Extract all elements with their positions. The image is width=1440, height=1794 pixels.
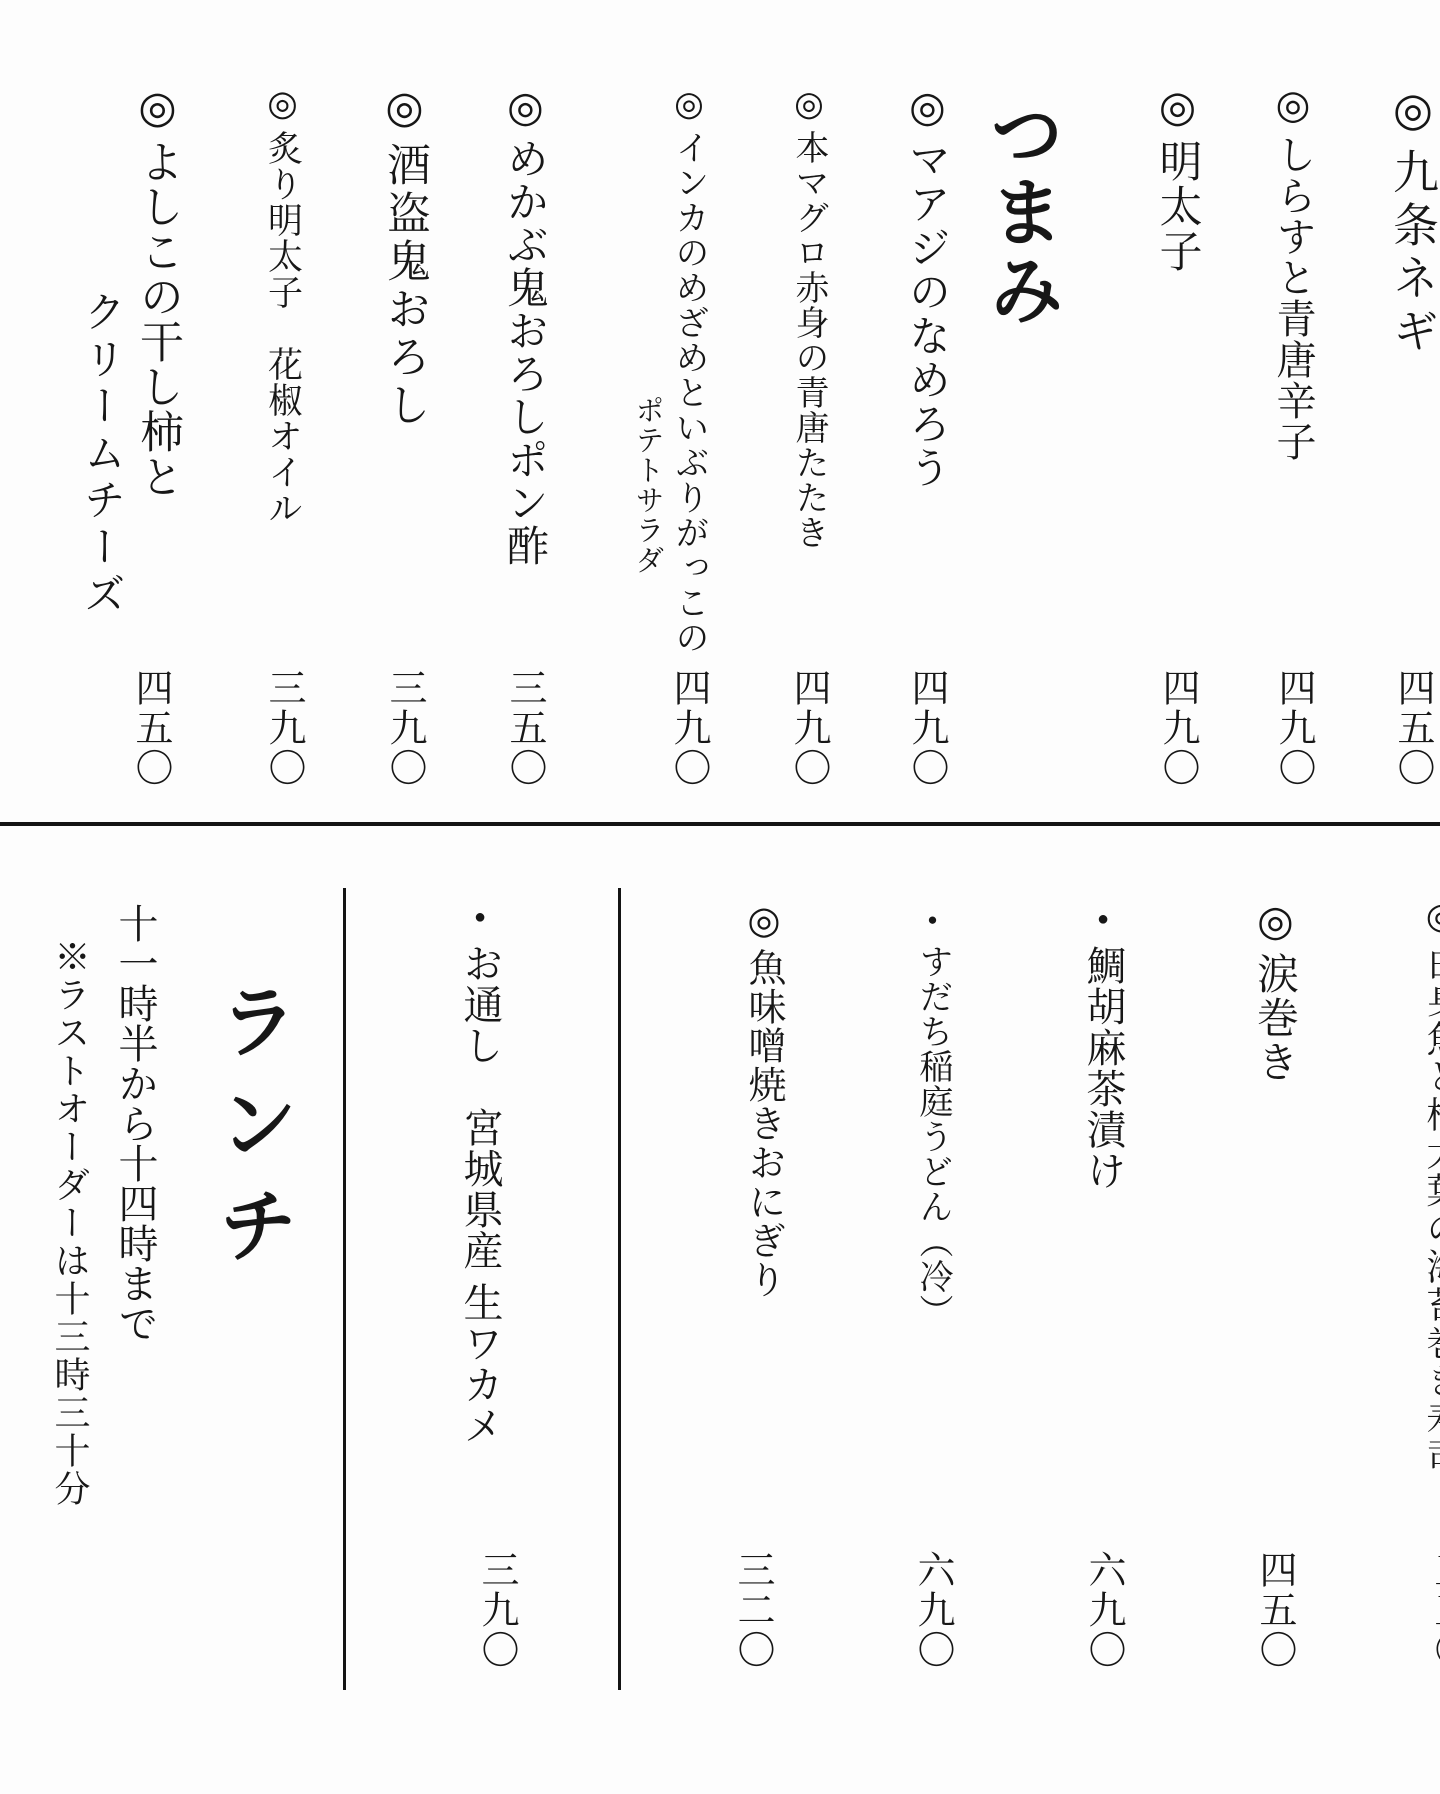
- item-marker-icon: ◎: [264, 84, 303, 125]
- menu-item: ◎しらすと青唐辛子: [1273, 82, 1313, 462]
- item-name: めかぶ鬼おろしポン酢: [501, 137, 547, 567]
- item-name: よしこの干し柿と: [133, 139, 182, 499]
- item-name: 涙巻き: [1251, 952, 1297, 1084]
- section-title-tsumami: つまみ: [983, 95, 1058, 329]
- vertical-divider: [343, 888, 346, 1690]
- item-price: 四九〇: [1158, 668, 1196, 788]
- menu-item: ◎魚味噌焼きおにぎり: [744, 898, 782, 1299]
- menu-item: ◎めかぶ鬼おろしポン酢: [503, 82, 545, 567]
- item-marker-icon: ◎: [1154, 82, 1201, 134]
- menu-item: ◎インカのめざめといぶりがっこの: [671, 84, 705, 655]
- item-marker-icon: ●: [923, 910, 942, 930]
- menu-item: ◎九条ネギ: [1389, 82, 1435, 360]
- item-name: すだち稲庭うどん（冷）: [914, 944, 951, 1329]
- menu-item: ◎涙巻き: [1253, 896, 1295, 1084]
- item-marker-icon: ◎: [1251, 896, 1297, 947]
- item-marker-icon: ◎: [133, 82, 182, 134]
- item-name: 本マグロ赤身の青唐たたき: [790, 130, 827, 550]
- item-price: 三五〇: [505, 668, 543, 788]
- section-title-lunch: ランチ: [210, 980, 290, 1286]
- item-price: 三九〇: [477, 1550, 515, 1670]
- item-subname: クリームチーズ: [80, 290, 122, 619]
- item-marker-icon: ◎: [501, 82, 547, 132]
- last-order-note: ※ラストオーダーは十三時三十分: [52, 938, 88, 1508]
- item-price: 五五〇: [1430, 1550, 1440, 1670]
- item-name: しらすと青唐辛子: [1271, 134, 1316, 462]
- menu-item: ◎酒盗鬼おろし: [382, 82, 426, 430]
- item-name: 九条ネギ: [1387, 148, 1438, 360]
- item-name: 鯛胡麻茶漬け: [1081, 945, 1126, 1191]
- item-price: 四九〇: [669, 668, 707, 788]
- item-marker-icon: ●: [469, 906, 491, 929]
- item-price: 六九〇: [913, 1550, 951, 1670]
- item-subname: ポテトサラダ: [633, 395, 662, 575]
- menu-item: ◎炙り明太子 花椒オイル: [266, 84, 301, 526]
- menu-item: ◎明太子: [1156, 82, 1199, 274]
- item-name: 明太子: [1154, 139, 1201, 274]
- item-price: 六九〇: [1084, 1550, 1122, 1670]
- item-marker-icon: ◎: [380, 82, 429, 137]
- item-name: 白身魚と梅大葉の海苔巻き寿司: [1422, 944, 1440, 1476]
- item-price: 四九〇: [789, 668, 827, 788]
- item-price: 三二〇: [733, 1550, 771, 1670]
- item-name: インカのめざめといぶりがっこの: [670, 130, 707, 655]
- horizontal-divider: [0, 822, 1440, 826]
- menu-item: ●お通し 宮城県産 生ワカメ: [460, 896, 500, 1446]
- item-name: 魚味噌焼きおにぎり: [742, 948, 784, 1299]
- item-marker-icon: ◎: [670, 84, 707, 125]
- item-price: 三九〇: [385, 668, 423, 788]
- item-marker-icon: ◎: [1387, 82, 1438, 143]
- item-price: 三九〇: [264, 668, 302, 788]
- item-marker-icon: ◎: [742, 898, 784, 943]
- item-marker-icon: ◎: [1271, 82, 1316, 129]
- item-marker-icon: ◎: [903, 82, 949, 133]
- item-name: お通し 宮城県産 生ワカメ: [458, 943, 503, 1446]
- vertical-divider: [618, 888, 621, 1690]
- item-name: 炙り明太子 花椒オイル: [264, 130, 303, 526]
- item-price: 四五〇: [1393, 668, 1431, 788]
- menu-item: ●鯛胡麻茶漬け: [1083, 898, 1123, 1191]
- menu-item: ◎よしこの干し柿と: [135, 82, 179, 499]
- menu-item: ◎本マグロ赤身の青唐たたき: [791, 84, 825, 550]
- item-price: 四五〇: [1255, 1550, 1293, 1670]
- menu-item: ◎白身魚と梅大葉の海苔巻き寿司: [1424, 896, 1440, 1476]
- item-name: 酒盗鬼おろし: [380, 142, 429, 430]
- menu-item: ◎マアジのなめろう: [905, 82, 947, 490]
- item-name: マアジのなめろう: [903, 138, 949, 490]
- menu-item: ●すだち稲庭うどん（冷）: [915, 900, 949, 1329]
- item-marker-icon: ●: [1092, 908, 1114, 931]
- item-price: 四五〇: [131, 668, 169, 788]
- lunch-hours: 十一時半から十四時まで: [115, 903, 155, 1343]
- item-price: 四九〇: [907, 668, 945, 788]
- item-marker-icon: ◎: [790, 84, 827, 125]
- item-price: 四九〇: [1274, 668, 1312, 788]
- menu-page: ◎九条ネギ 四五〇 ◎しらすと青唐辛子 四九〇 ◎明太子 四九〇 つまみ ◎マア…: [0, 0, 1440, 1794]
- item-marker-icon: ◎: [1422, 896, 1440, 939]
